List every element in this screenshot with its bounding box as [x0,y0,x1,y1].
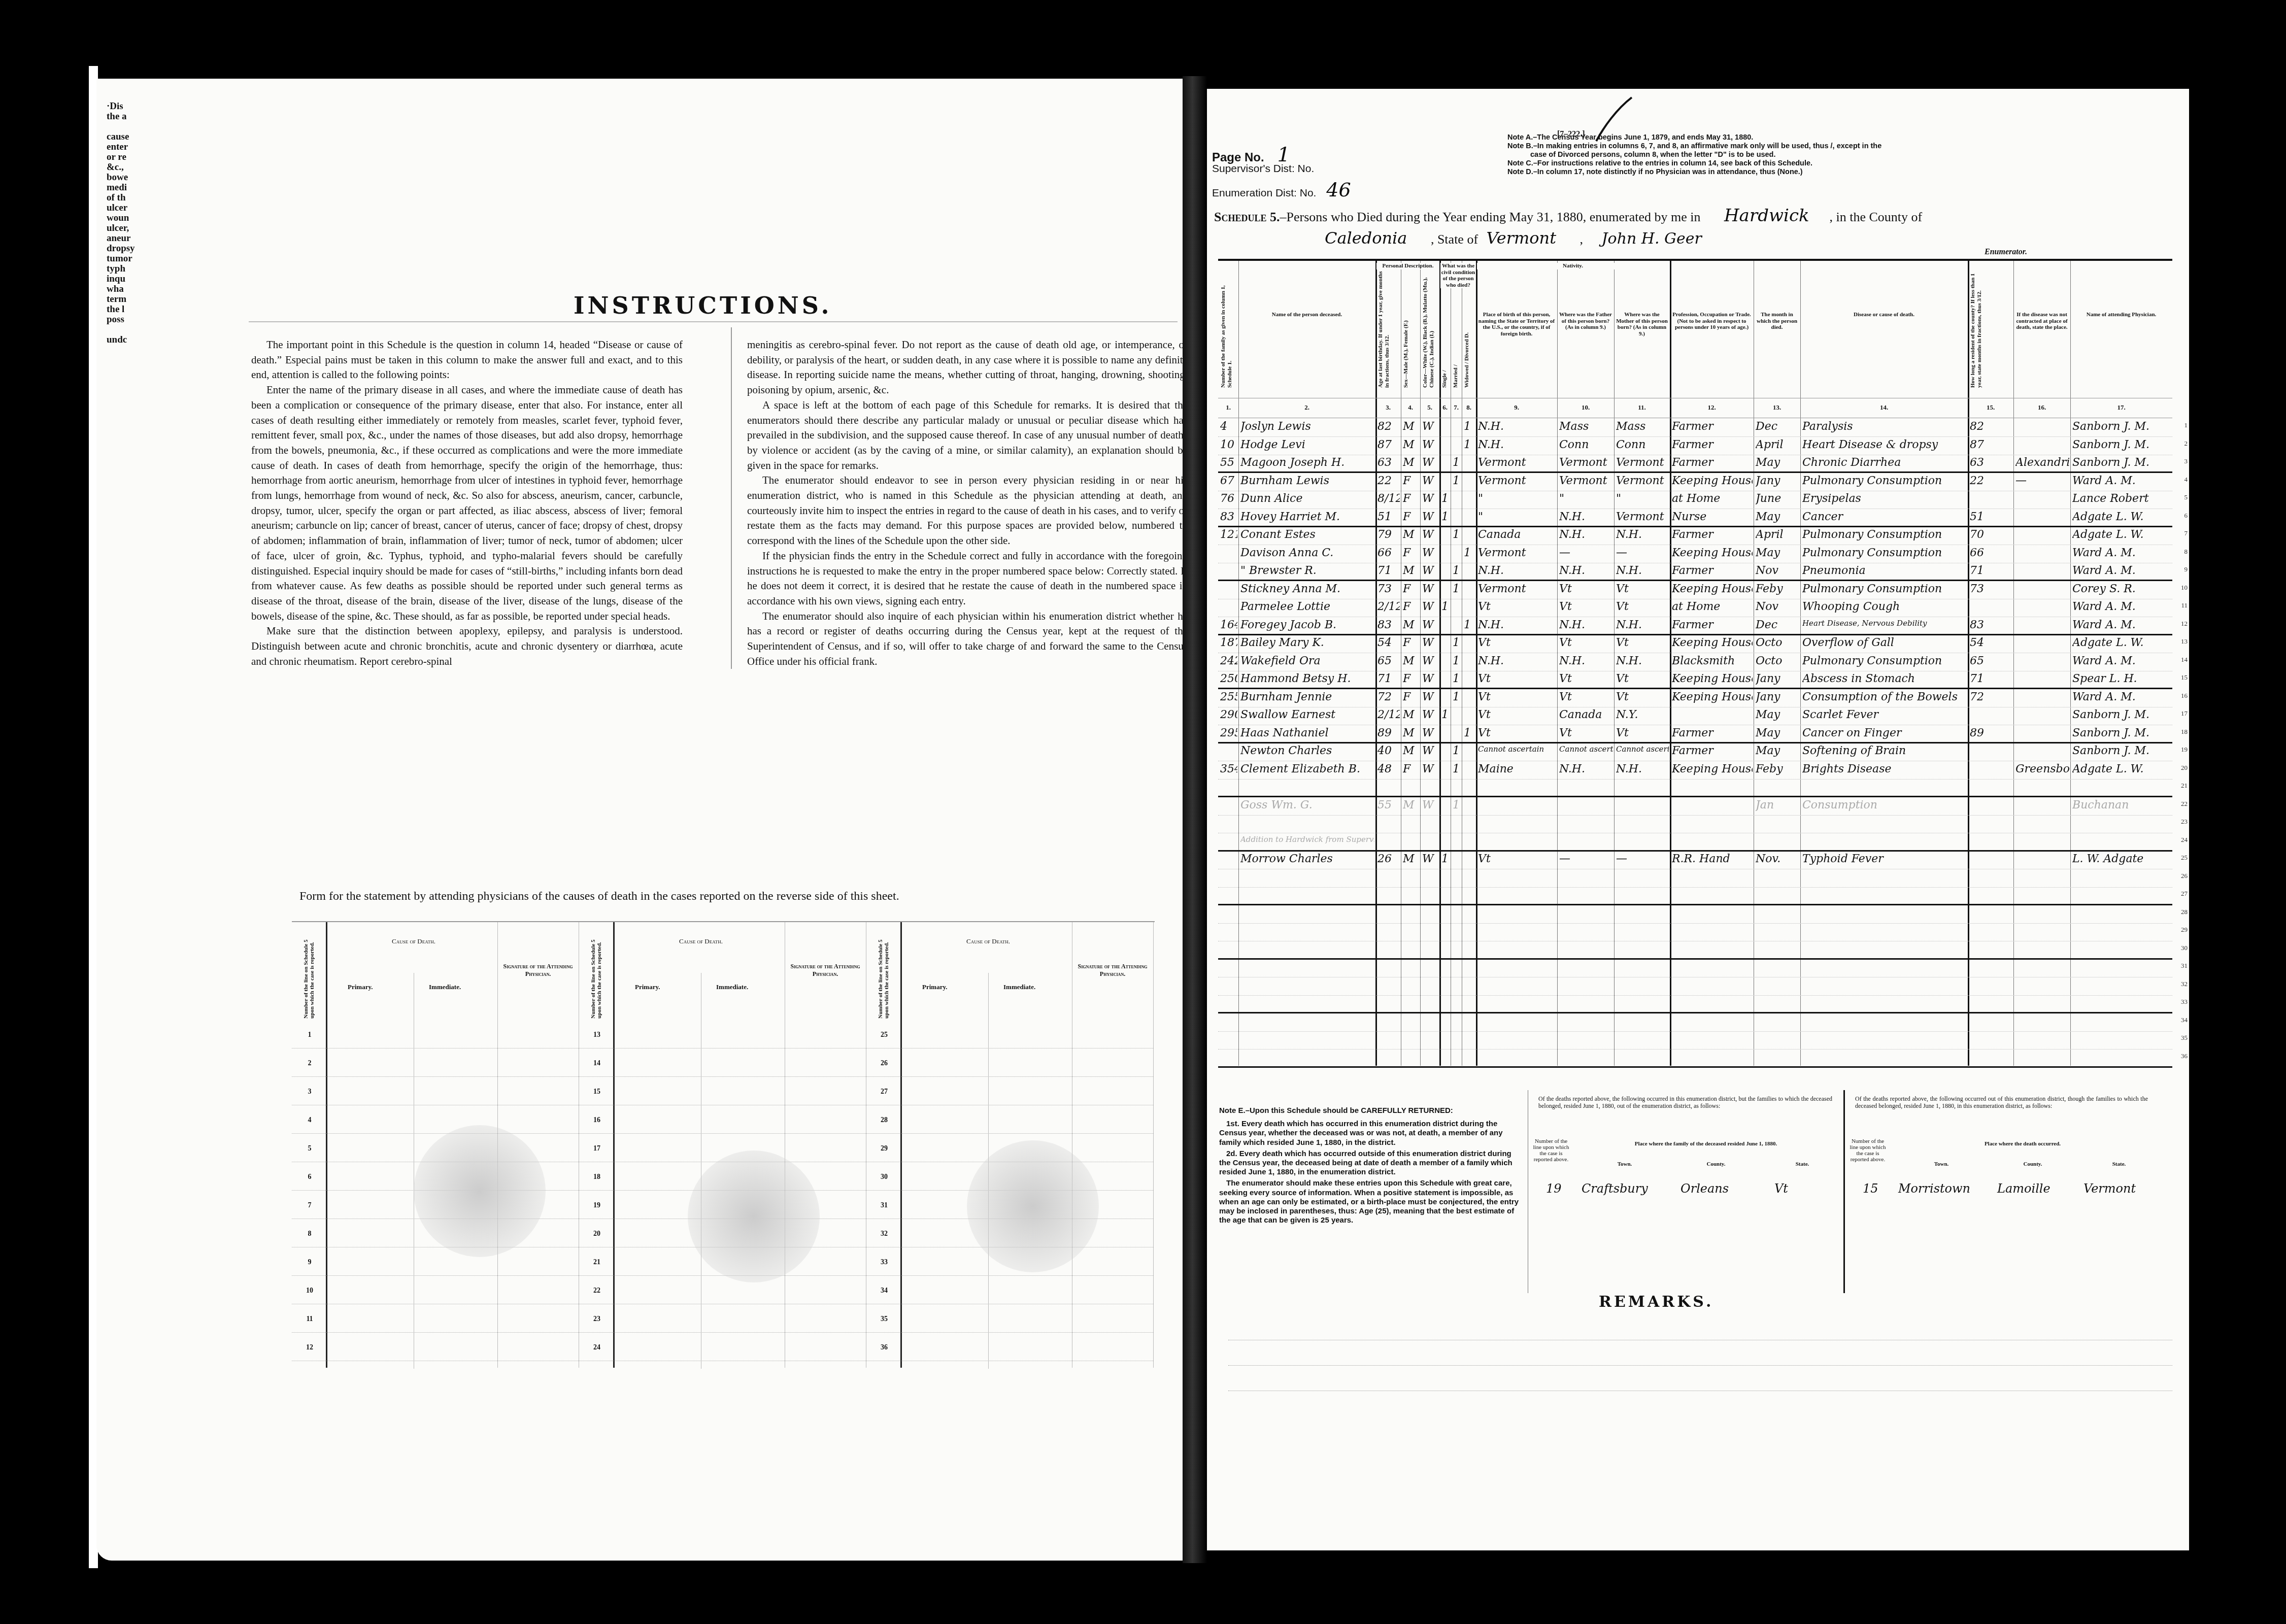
cell-color[interactable]: W [1422,763,1438,775]
cell-color[interactable]: W [1422,655,1438,667]
cell-color[interactable]: W [1422,583,1438,595]
schedule-row[interactable]: Davison Anna C.66FW1Vermont——Keeping Hou… [1218,545,2172,563]
cell-mother[interactable]: Conn [1616,438,1669,451]
cell-father[interactable]: Vt [1559,727,1613,739]
cell-occ[interactable]: Keeping House [1672,691,1753,703]
physician-form-row[interactable] [866,1076,1153,1077]
cell-month[interactable]: Octo [1756,636,1799,649]
cell-fam[interactable]: 4 [1220,420,1237,433]
cell-month[interactable]: April [1756,528,1799,541]
cell-name[interactable]: Davison Anna C. [1240,547,1374,559]
cell-res[interactable]: 87 [1970,438,2012,451]
schedule-row[interactable]: 83Hovey Harriet M.51FW1"N.H.VermontNurse… [1218,509,2172,527]
cell-phys[interactable]: L. W. Adgate [2072,853,2171,865]
town-value[interactable]: Hardwick [1704,206,1830,226]
cell-age[interactable]: 72 [1377,691,1400,703]
cell-sex[interactable]: M [1403,438,1419,451]
cell-sex[interactable]: M [1403,564,1419,577]
cell-color[interactable]: W [1422,492,1438,505]
cell-fam[interactable]: 290 [1220,708,1237,721]
cell-name[interactable]: Newton Charles [1240,745,1374,757]
died-out-line[interactable]: 15 [1863,1181,1878,1196]
cell-occ[interactable]: Keeping House [1672,547,1753,559]
physician-form-row[interactable] [292,1361,579,1361]
cell-res[interactable]: 51 [1970,511,2012,523]
cell-mother[interactable]: Vt [1616,727,1669,739]
cell-father[interactable]: — [1559,547,1613,559]
cell-birth[interactable]: Vermont [1478,583,1556,595]
cell-sex[interactable]: F [1403,511,1419,523]
cell-fam[interactable]: 10 [1220,438,1237,451]
physician-form-row[interactable] [866,1275,1153,1276]
cell-phys[interactable]: Sanborn J. M. [2072,727,2171,739]
cell-color[interactable]: W [1422,547,1438,559]
cell-color[interactable]: W [1422,636,1438,649]
cell-month[interactable]: Jany [1756,672,1799,685]
cell-sex[interactable]: F [1403,691,1419,703]
cell-fam[interactable]: 164 [1220,619,1237,631]
cell-name[interactable]: Stickney Anna M. [1240,583,1374,595]
cell-phys[interactable]: Sanborn J. M. [2072,420,2171,433]
cell-mother[interactable]: Vermont [1616,456,1669,469]
cell-phys[interactable]: Lance Robert [2072,492,2171,505]
cell-father[interactable]: N.H. [1559,619,1613,631]
cell-mother[interactable]: Vt [1616,600,1669,613]
cell-color[interactable]: W [1422,456,1438,469]
cell-phys[interactable]: Sanborn J. M. [2072,456,2171,469]
physician-form-row[interactable] [292,1304,579,1304]
cell-month[interactable]: Dec [1756,420,1799,433]
cell-cause[interactable]: Pneumonia [1802,564,1967,577]
cell-sex[interactable]: M [1403,708,1419,721]
cell-age[interactable]: 54 [1377,636,1400,649]
cell-single[interactable]: 1 [1441,492,1450,505]
cell-fam[interactable]: 242 [1220,655,1237,667]
physician-form-row[interactable] [866,1332,1153,1333]
schedule-row[interactable]: 35 [1218,1031,2172,1050]
cell-name[interactable]: Bailey Mary K. [1240,636,1374,649]
cell-occ[interactable]: Farmer [1672,438,1753,451]
cell-phys[interactable]: Ward A. M. [2072,475,2171,487]
cell-name[interactable]: Joslyn Lewis [1240,420,1374,433]
cell-name[interactable]: " Brewster R. [1240,564,1374,577]
cell-res[interactable]: 73 [1970,583,2012,595]
cell-birth[interactable]: N.H. [1478,619,1556,631]
cell-father[interactable]: Vermont [1559,456,1613,469]
cell-color[interactable]: W [1422,564,1438,577]
schedule-row[interactable]: 187Bailey Mary K.54FW1VtVtVtKeeping Hous… [1218,634,2172,653]
schedule-row[interactable]: 250Hammond Betsy H.71FW1VtVtVtKeeping Ho… [1218,670,2172,689]
physician-form-row[interactable] [579,1332,866,1333]
cell-father[interactable]: Cannot ascertain [1559,745,1613,754]
cell-birth[interactable]: Vermont [1478,475,1556,487]
cell-month[interactable]: Nov. [1756,853,1799,865]
cell-sex[interactable]: M [1403,420,1419,433]
cell-occ[interactable]: Farmer [1672,564,1753,577]
cell-fam[interactable]: 250 [1220,672,1237,685]
cell-cause[interactable]: Heart Disease & dropsy [1802,438,1967,451]
cell-widowed[interactable]: 1 [1464,727,1475,739]
schedule-row[interactable]: 23 [1218,815,2172,833]
cell-month[interactable]: May [1756,511,1799,523]
cell-age[interactable]: 66 [1377,547,1400,559]
cell-name[interactable]: Addition to Hardwick from Supervisor's O… [1240,835,1374,844]
cell-age[interactable]: 82 [1377,420,1400,433]
cell-cause[interactable]: Softening of Brain [1802,745,1967,757]
cell-widowed[interactable]: 1 [1464,438,1475,451]
cell-phys[interactable]: Sanborn J. M. [2072,745,2171,757]
cell-birth[interactable]: Maine [1478,763,1556,775]
schedule-row[interactable]: 21 [1218,779,2172,797]
schedule-row[interactable]: Parmelee Lottie2/12FW1VtVtVtat HomeNovWh… [1218,598,2172,617]
cell-occ[interactable]: Farmer [1672,456,1753,469]
cell-res[interactable]: 72 [1970,691,2012,703]
cell-res[interactable]: 65 [1970,655,2012,667]
schedule-row[interactable]: 36 [1218,1049,2172,1068]
cell-name[interactable]: Hovey Harriet M. [1240,511,1374,523]
cell-cause[interactable]: Abscess in Stomach [1802,672,1967,685]
schedule-row[interactable]: 26 [1218,869,2172,888]
cell-name[interactable]: Hodge Levi [1240,438,1374,451]
cell-age[interactable]: 79 [1377,528,1400,541]
cell-father[interactable]: Vt [1559,691,1613,703]
cell-phys[interactable]: Sanborn J. M. [2072,708,2171,721]
schedule-row[interactable]: 29 [1218,923,2172,941]
cell-month[interactable]: May [1756,708,1799,721]
cell-married[interactable]: 1 [1453,475,1461,487]
cell-mother[interactable]: N.H. [1616,655,1669,667]
cell-cause[interactable]: Pulmonary Consumption [1802,475,1967,487]
schedule-row[interactable]: 28 [1218,905,2172,924]
cell-occ[interactable]: at Home [1672,492,1753,505]
cell-father[interactable]: N.H. [1559,511,1613,523]
enumeration-district-value[interactable]: 46 [1326,179,1351,201]
physician-form-row[interactable] [866,1048,1153,1048]
cell-sex[interactable]: F [1403,600,1419,613]
cell-month[interactable]: May [1756,745,1799,757]
cell-phys[interactable]: Ward A. M. [2072,619,2171,631]
cell-mother[interactable]: " [1616,492,1669,505]
physician-form-row[interactable] [292,1275,579,1276]
cell-birth[interactable]: Vt [1478,708,1556,721]
cell-occ[interactable]: Keeping House [1672,636,1753,649]
cell-fam[interactable]: 121 [1220,528,1237,541]
schedule-row[interactable]: 242Wakefield Ora65MW1N.H.N.H.N.H.Blacksm… [1218,653,2172,671]
cell-name[interactable]: Burnham Lewis [1240,475,1374,487]
died-out-county[interactable]: Lamoille [1997,1181,2050,1196]
cell-cause[interactable]: Pulmonary Consumption [1802,655,1967,667]
remarks-line[interactable] [1228,1391,2172,1391]
cell-month[interactable]: Octo [1756,655,1799,667]
cell-age[interactable]: 89 [1377,727,1400,739]
cell-res[interactable]: 54 [1970,636,2012,649]
physician-form-row[interactable] [292,1105,579,1105]
cell-widowed[interactable]: 1 [1464,420,1475,433]
cell-age[interactable]: 8/12 [1377,492,1400,505]
cell-phys[interactable]: Ward A. M. [2072,564,2171,577]
physician-form-row[interactable] [579,1361,866,1361]
cell-fam[interactable]: 83 [1220,511,1237,523]
cell-married[interactable]: 1 [1453,691,1461,703]
schedule-row[interactable]: " Brewster R.71MW1N.H.N.H.N.H.FarmerNovP… [1218,562,2172,581]
cell-cause[interactable]: Cancer [1802,511,1967,523]
schedule-row[interactable]: 10Hodge Levi87MW1N.H.ConnConnFarmerApril… [1218,436,2172,455]
cell-father[interactable]: Conn [1559,438,1613,451]
cell-res[interactable]: 82 [1970,420,2012,433]
cell-fam[interactable]: 255 [1220,691,1237,703]
cell-name[interactable]: Parmelee Lottie [1240,600,1374,613]
cell-color[interactable]: W [1422,619,1438,631]
cell-age[interactable]: 71 [1377,672,1400,685]
cell-occ[interactable]: Blacksmith [1672,655,1753,667]
cell-cause[interactable]: Erysipelas [1802,492,1967,505]
cell-age[interactable]: 51 [1377,511,1400,523]
cell-occ[interactable]: Keeping House [1672,475,1753,487]
cell-mother[interactable]: Vermont [1616,511,1669,523]
schedule-row[interactable]: 55Magoon Joseph H.63MW1VermontVermontVer… [1218,454,2172,473]
schedule-row[interactable]: Addition to Hardwick from Supervisor's O… [1218,833,2172,852]
cell-res[interactable]: 71 [1970,564,2012,577]
cell-birth[interactable]: Cannot ascertain [1478,745,1556,754]
cell-father[interactable]: N.H. [1559,564,1613,577]
cell-mother[interactable]: — [1616,547,1669,559]
physician-form-row[interactable] [292,1332,579,1333]
cell-cause[interactable]: Paralysis [1802,420,1967,433]
cell-fam[interactable]: 76 [1220,492,1237,505]
cell-name[interactable]: Swallow Earnest [1240,708,1374,721]
schedule-row[interactable]: 295Haas Nathaniel89MW1VtVtVtFarmerMayCan… [1218,725,2172,743]
physician-form-row[interactable] [579,1048,866,1048]
cell-phys[interactable]: Adgate L. W. [2072,528,2171,541]
cell-age[interactable]: 65 [1377,655,1400,667]
cell-mother[interactable]: N.H. [1616,763,1669,775]
cell-mother[interactable]: Vt [1616,691,1669,703]
remarks-line[interactable] [1228,1340,2172,1340]
cell-age[interactable]: 83 [1377,619,1400,631]
cell-cause[interactable]: Pulmonary Consumption [1802,528,1967,541]
cell-sex[interactable]: M [1403,528,1419,541]
physician-form-row[interactable] [292,1048,579,1048]
schedule-row[interactable]: 67Burnham Lewis22FW1VermontVermontVermon… [1218,472,2172,491]
schedule-row[interactable]: 30 [1218,941,2172,960]
cell-birth[interactable]: Vt [1478,727,1556,739]
cell-color[interactable]: W [1422,600,1438,613]
cell-sex[interactable]: M [1403,456,1419,469]
schedule-row[interactable]: Goss Wm. G.55MW1JanConsumptionBuchanan22 [1218,797,2172,816]
cell-birth[interactable]: Vermont [1478,547,1556,559]
cell-month[interactable]: Dec [1756,619,1799,631]
cell-sex[interactable]: M [1403,619,1419,631]
cell-married[interactable]: 1 [1453,745,1461,757]
cell-age[interactable]: 55 [1377,799,1400,811]
cell-phys[interactable]: Spear L. H. [2072,672,2171,685]
cell-occ[interactable]: Nurse [1672,511,1753,523]
cell-married[interactable]: 1 [1453,763,1461,775]
physician-form-row[interactable] [292,1247,579,1247]
cell-sex[interactable]: F [1403,583,1419,595]
schedule-row[interactable]: 34 [1218,1013,2172,1032]
died-out-town[interactable]: Morristown [1898,1181,1970,1196]
schedule-row[interactable]: 4Joslyn Lewis82MW1N.H.MassMassFarmerDecP… [1218,418,2172,437]
cell-married[interactable]: 1 [1453,456,1461,469]
cell-age[interactable]: 63 [1377,456,1400,469]
cell-cause[interactable]: Whooping Cough [1802,600,1967,613]
cell-sex[interactable]: F [1403,492,1419,505]
cell-age[interactable]: 40 [1377,745,1400,757]
cell-sex[interactable]: F [1403,672,1419,685]
cell-month[interactable]: Jany [1756,475,1799,487]
cell-mother[interactable]: Cannot ascertain [1616,745,1669,754]
cell-occ[interactable]: Keeping House [1672,672,1753,685]
cell-name[interactable]: Foregey Jacob B. [1240,619,1374,631]
cell-cause[interactable]: Pulmonary Consumption [1802,583,1967,595]
physician-form-row[interactable] [579,1275,866,1276]
cell-phys[interactable]: Buchanan [2072,799,2171,811]
cell-widowed[interactable]: 1 [1464,619,1475,631]
cell-color[interactable]: W [1422,799,1438,811]
enumerator-signature[interactable]: John H. Geer [1602,230,1702,248]
cell-color[interactable]: W [1422,672,1438,685]
physician-form-row[interactable] [292,1133,579,1134]
cell-married[interactable]: 1 [1453,672,1461,685]
cell-birth[interactable]: " [1478,511,1556,523]
cell-name[interactable]: Conant Estes [1240,528,1374,541]
cell-birth[interactable]: Vermont [1478,456,1556,469]
cell-cause[interactable]: Consumption [1802,799,1967,811]
cell-month[interactable]: Nov [1756,600,1799,613]
cell-fam[interactable]: 354 [1220,763,1237,775]
cell-age[interactable]: 73 [1377,583,1400,595]
physician-form-row[interactable] [866,1304,1153,1304]
cell-color[interactable]: W [1422,708,1438,721]
cell-color[interactable]: W [1422,727,1438,739]
cell-father[interactable]: N.H. [1559,528,1613,541]
cell-res[interactable]: 71 [1970,672,2012,685]
cell-father[interactable]: " [1559,492,1613,505]
cell-month[interactable]: June [1756,492,1799,505]
cell-sex[interactable]: M [1403,745,1419,757]
cell-month[interactable]: Feby [1756,763,1799,775]
cell-phys[interactable]: Corey S. R. [2072,583,2171,595]
cell-name[interactable]: Wakefield Ora [1240,655,1374,667]
cell-occ[interactable]: Farmer [1672,727,1753,739]
cell-mother[interactable]: Mass [1616,420,1669,433]
cell-mother[interactable]: N.H. [1616,528,1669,541]
cell-age[interactable]: 22 [1377,475,1400,487]
cell-father[interactable]: Vt [1559,583,1613,595]
cell-res[interactable]: 22 [1970,475,2012,487]
cell-age[interactable]: 87 [1377,438,1400,451]
schedule-row[interactable]: 290Swallow Earnest2/12MW1VtCanadaN.Y.May… [1218,706,2172,725]
cell-phys[interactable]: Adgate L. W. [2072,511,2171,523]
cell-mother[interactable]: N.H. [1616,564,1669,577]
cell-phys[interactable]: Adgate L. W. [2072,763,2171,775]
cell-name[interactable]: Morrow Charles [1240,853,1374,865]
cell-single[interactable]: 1 [1441,853,1450,865]
physician-form-row[interactable] [292,1076,579,1077]
cell-phys[interactable]: Ward A. M. [2072,600,2171,613]
schedule-row[interactable]: Stickney Anna M.73FW1VermontVtVtKeeping … [1218,581,2172,599]
cell-mother[interactable]: N.H. [1616,619,1669,631]
cell-mother[interactable]: Vt [1616,636,1669,649]
cell-occ[interactable]: Keeping House [1672,583,1753,595]
cell-age[interactable]: 2/12 [1377,708,1400,721]
physician-form-row[interactable] [866,1361,1153,1361]
cell-color[interactable]: W [1422,528,1438,541]
physician-form-row[interactable] [579,1076,866,1077]
cell-occ[interactable]: R.R. Hand [1672,853,1753,865]
schedule-row[interactable]: 27 [1218,887,2172,905]
cell-occ[interactable]: Farmer [1672,420,1753,433]
cell-cause[interactable]: Cancer on Finger [1802,727,1967,739]
cell-cause[interactable]: Chronic Diarrhea [1802,456,1967,469]
remarks-line[interactable] [1228,1365,2172,1366]
cell-name[interactable]: Hammond Betsy H. [1240,672,1374,685]
cell-sex[interactable]: F [1403,475,1419,487]
cell-birth[interactable]: Vt [1478,636,1556,649]
schedule-row[interactable]: 76Dunn Alice8/12FW1"""at HomeJuneErysipe… [1218,490,2172,509]
cell-cause[interactable]: Heart Disease, Nervous Debility [1802,619,1967,628]
cell-color[interactable]: W [1422,745,1438,757]
schedule-row[interactable]: 32 [1218,977,2172,996]
cell-place[interactable]: Greensboro [2015,763,2069,775]
cell-cause[interactable]: Scarlet Fever [1802,708,1967,721]
cell-father[interactable]: N.H. [1559,763,1613,775]
cell-father[interactable]: N.H. [1559,655,1613,667]
cell-mother[interactable]: Vermont [1616,475,1669,487]
cell-occ[interactable]: at Home [1672,600,1753,613]
cell-father[interactable]: Canada [1559,708,1613,721]
cell-mother[interactable]: N.Y. [1616,708,1669,721]
cell-cause[interactable]: Brights Disease [1802,763,1967,775]
cell-month[interactable]: Jan [1756,799,1799,811]
cell-sex[interactable]: M [1403,799,1419,811]
cell-sex[interactable]: M [1403,727,1419,739]
cell-married[interactable]: 1 [1453,528,1461,541]
cell-married[interactable]: 1 [1453,636,1461,649]
cell-fam[interactable]: 55 [1220,456,1237,469]
cell-father[interactable]: Vermont [1559,475,1613,487]
cell-name[interactable]: Clement Elizabeth B. [1240,763,1374,775]
physician-form-row[interactable] [579,1304,866,1304]
cell-color[interactable]: W [1422,511,1438,523]
cell-single[interactable]: 1 [1441,708,1450,721]
cell-phys[interactable]: Adgate L. W. [2072,636,2171,649]
cell-birth[interactable]: Vt [1478,672,1556,685]
cell-phys[interactable]: Ward A. M. [2072,655,2171,667]
cell-sex[interactable]: F [1403,547,1419,559]
cell-month[interactable]: Nov [1756,564,1799,577]
schedule-row[interactable]: Morrow Charles26MW1Vt——R.R. HandNov.Typh… [1218,851,2172,869]
schedule-row[interactable]: Newton Charles40MW1Cannot ascertainCanno… [1218,742,2172,761]
cell-month[interactable]: May [1756,727,1799,739]
cell-fam[interactable]: 67 [1220,475,1237,487]
cell-color[interactable]: W [1422,853,1438,865]
cell-birth[interactable]: " [1478,492,1556,505]
cell-cause[interactable]: Pulmonary Consumption [1802,547,1967,559]
cell-birth[interactable]: N.H. [1478,564,1556,577]
state-value[interactable]: Vermont [1487,228,1556,248]
cell-phys[interactable]: Ward A. M. [2072,691,2171,703]
cell-phys[interactable]: Sanborn J. M. [2072,438,2171,451]
cell-father[interactable]: Mass [1559,420,1613,433]
cell-birth[interactable]: N.H. [1478,655,1556,667]
physician-form-row[interactable] [866,1105,1153,1105]
resided-out-line[interactable]: 19 [1546,1181,1562,1196]
cell-month[interactable]: Jany [1756,691,1799,703]
cell-color[interactable]: W [1422,438,1438,451]
county-value[interactable]: Caledonia [1325,228,1407,248]
